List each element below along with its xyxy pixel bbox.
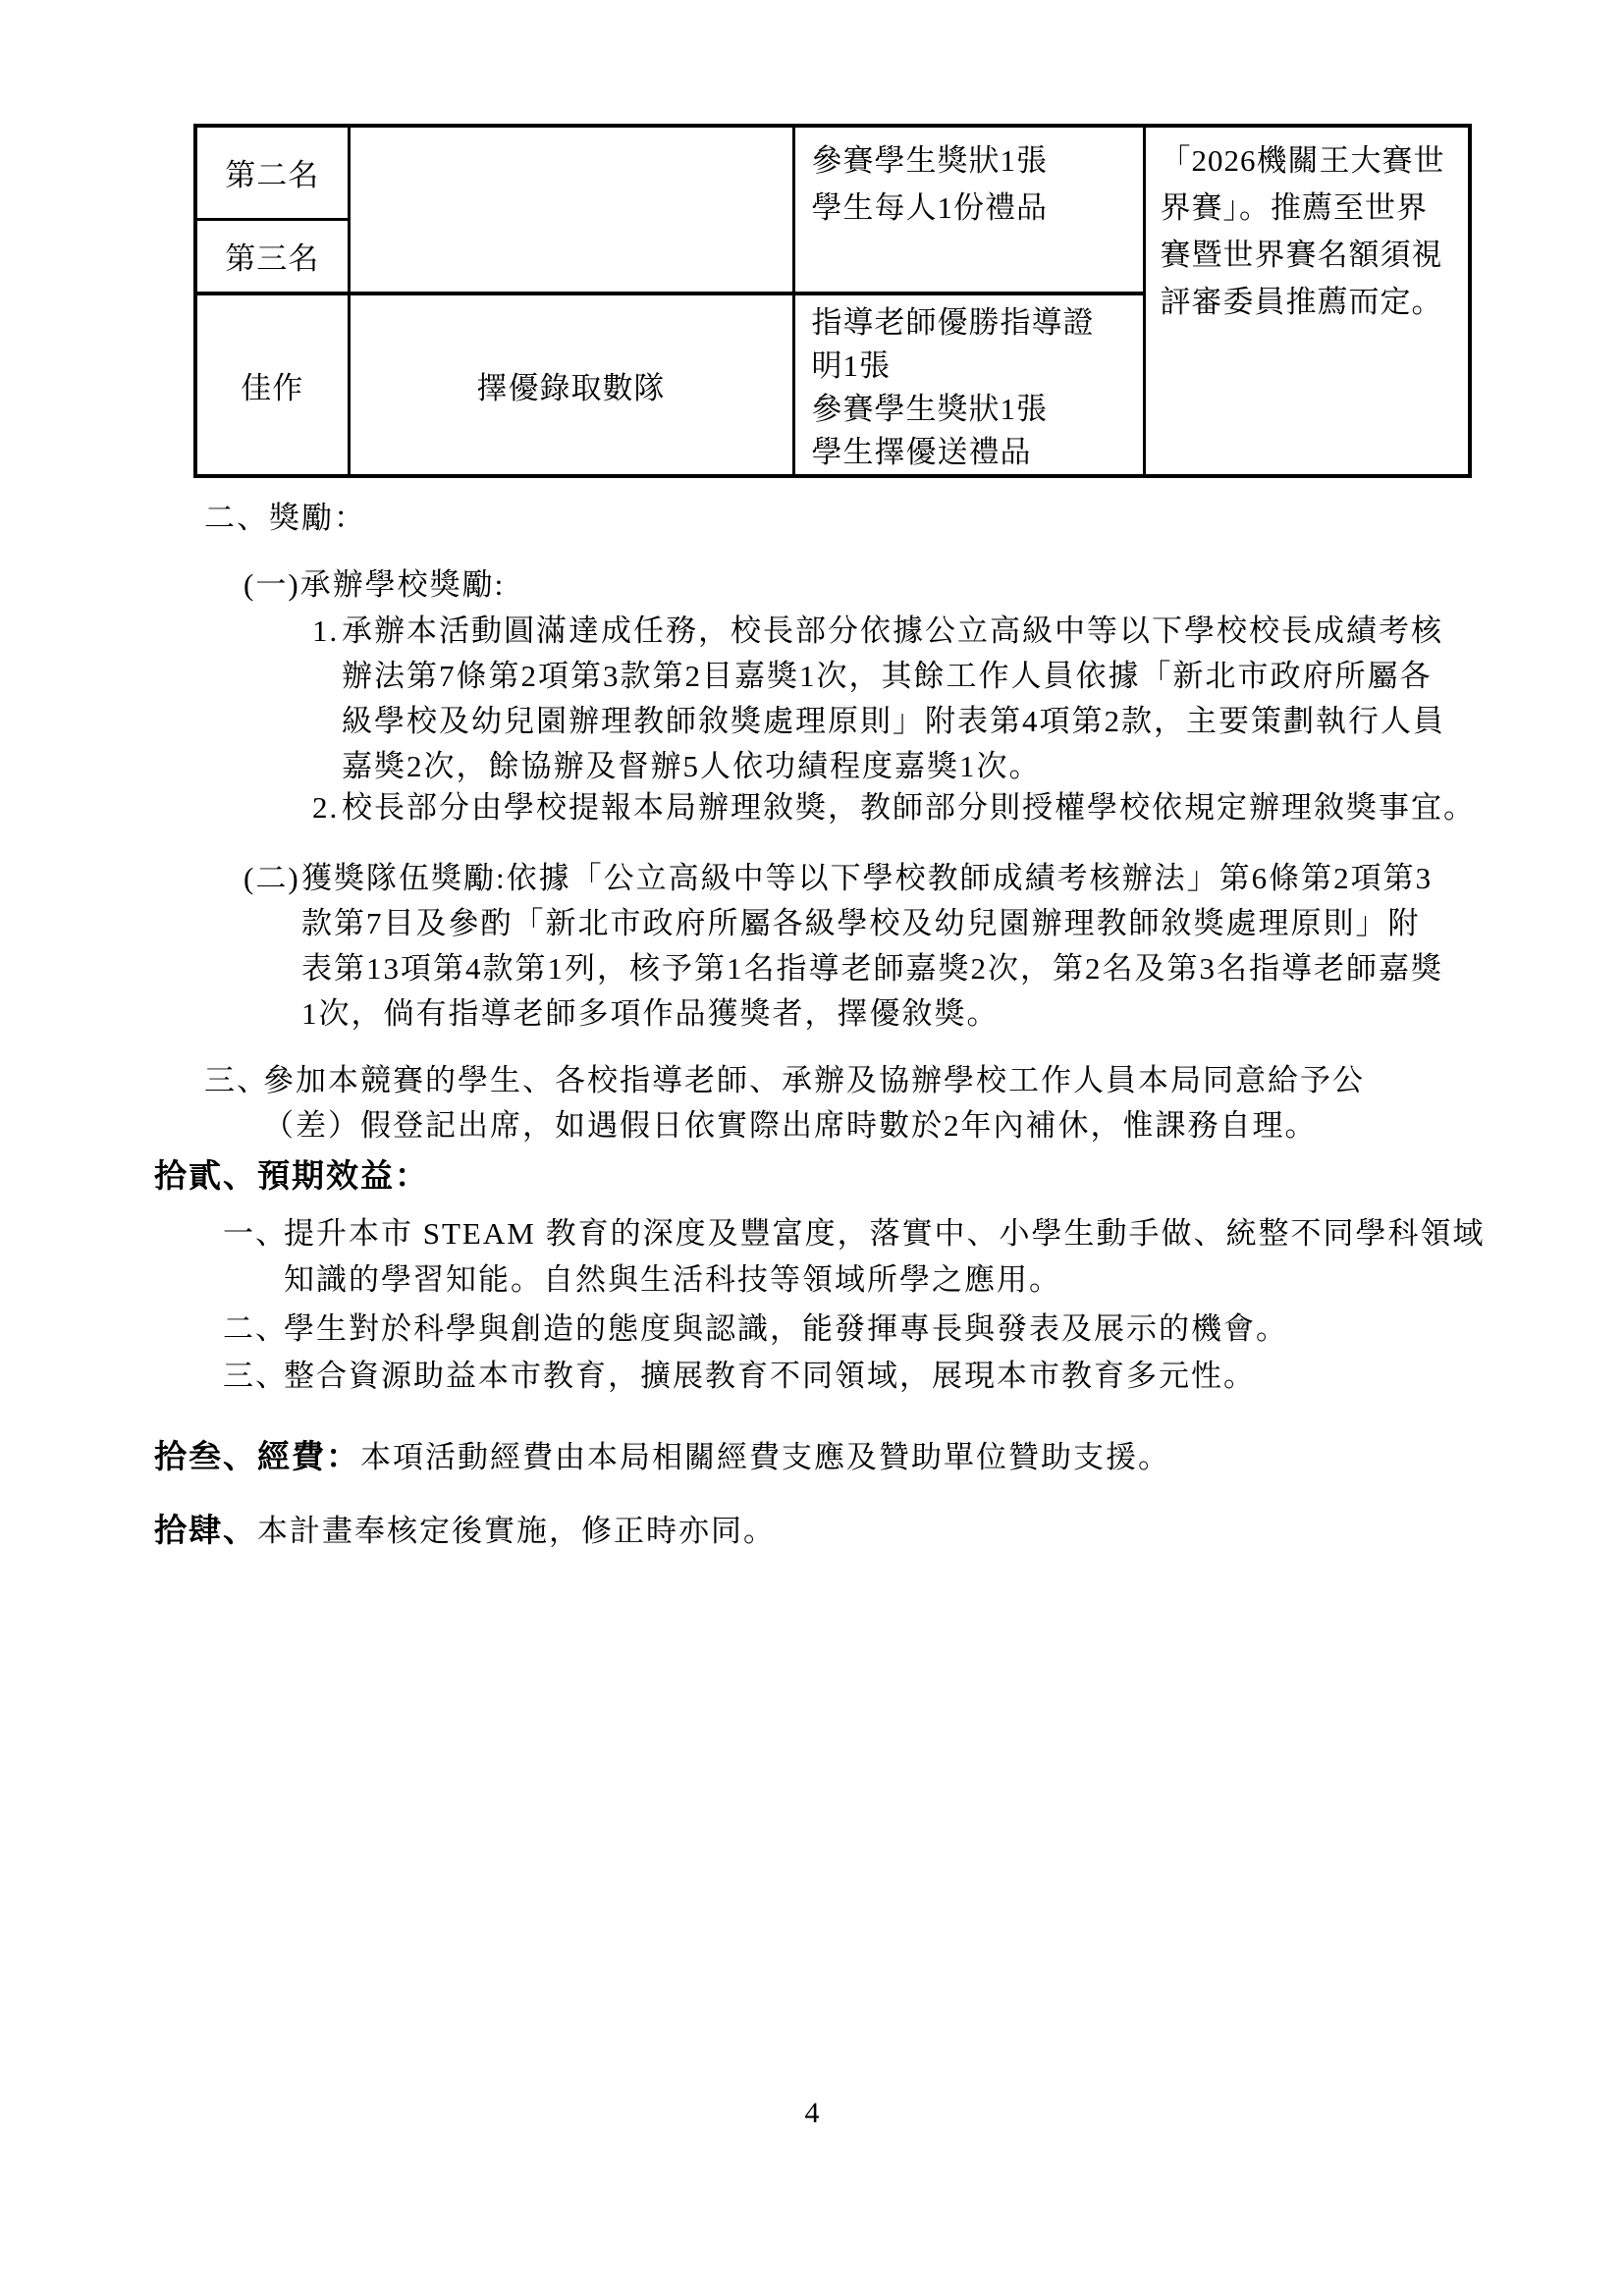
section-budget-label: 拾叁、 <box>154 1440 257 1475</box>
subsection-school-award-label: (一) <box>244 567 300 602</box>
section-expected-benefits-title: 預期效益： <box>257 1159 429 1195</box>
page-number: 4 <box>0 2097 1624 2130</box>
section-implementation: 拾肆、本計畫奉核定後實施，修正時亦同。 <box>154 1509 776 1554</box>
prize-cell-top: 參賽學生獎狀1張 學生每人1份禮品 <box>793 126 1144 294</box>
benefit-item-3-text: 整合資源助益本市教育，擴展教育不同領域，展現本市教育多元性。 <box>284 1353 1531 1399</box>
subsection-school-award-heading: (一)承辦學校獎勵: <box>244 562 505 608</box>
school-award-item-1-text: 承辦本活動圓滿達成任務，校長部分依據公立高級中等以下學校校長成績考核 辦法第7條… <box>342 609 1530 789</box>
section-implementation-label: 拾肆、 <box>154 1514 257 1549</box>
prize-cell-honorable: 指導老師優勝指導證 明1張 參賽學生獎狀1張 學生擇優送禮品 <box>793 294 1144 476</box>
section-expected-benefits-heading: 拾貳、預期效益： <box>154 1154 429 1200</box>
section-awards-label: 二、 <box>204 501 269 535</box>
rank-cell-third: 第三名 <box>195 219 349 294</box>
section-budget: 拾叁、經費：本項活動經費由本局相關經費支應及贊助單位贊助支援。 <box>154 1435 1170 1480</box>
benefit-item-2-text: 學生對於科學與創造的態度與認識，能發揮專長與發表及展示的機會。 <box>284 1306 1531 1352</box>
section-awards-heading: 二、獎勵： <box>204 496 366 541</box>
section-implementation-text: 本計畫奉核定後實施，修正時亦同。 <box>257 1514 776 1548</box>
benefit-item-1-text: 提升本市 STEAM 教育的深度及豐富度，落實中、小學生動手做、統整不同學科領域… <box>284 1210 1531 1303</box>
benefit-item-2-number: 二、 <box>223 1306 288 1352</box>
section-leave-label: 三、 <box>204 1058 269 1103</box>
benefit-item-3-number: 三、 <box>223 1353 288 1399</box>
section-expected-benefits-label: 拾貳、 <box>154 1159 257 1195</box>
school-award-item-1-number: 1. <box>312 609 339 654</box>
quota-cell-honorable: 擇優錄取數隊 <box>349 294 793 476</box>
document-page: 第二名 參賽學生獎狀1張 學生每人1份禮品 「2026機關王大賽世 界賽」。推薦… <box>0 0 1624 2296</box>
rank-cell-honorable: 佳作 <box>195 294 349 476</box>
subsection-team-award-label: (二) <box>244 856 300 901</box>
award-table: 第二名 參賽學生獎狀1張 學生每人1份禮品 「2026機關王大賽世 界賽」。推薦… <box>193 124 1472 478</box>
section-awards-title: 獎勵： <box>269 501 366 535</box>
subsection-team-award-text: 獲獎隊伍獎勵:依據「公立高級中等以下學校教師成績考核辦法」第6條第2項第3 款第… <box>301 856 1539 1037</box>
section-budget-title: 經費： <box>257 1440 360 1475</box>
section-budget-text: 本項活動經費由本局相關經費支應及贊助單位贊助支援。 <box>360 1440 1170 1474</box>
quota-cell-top <box>349 126 793 294</box>
school-award-item-2-text: 校長部分由學校提報本局辦理敘獎，教師部分則授權學校依規定辦理敘獎事宜。 <box>342 785 1549 830</box>
section-leave-text: 參加本競賽的學生、各校指導老師、承辦及協辦學校工作人員本局同意給予公 （差）假登… <box>263 1058 1481 1148</box>
benefit-item-1-number: 一、 <box>223 1210 288 1256</box>
subsection-school-award-title: 承辦學校獎勵: <box>300 567 506 602</box>
rank-cell-second: 第二名 <box>195 126 349 219</box>
world-contest-note-cell: 「2026機關王大賽世 界賽」。推薦至世界 賽暨世界賽名額須視 評審委員推薦而定… <box>1144 126 1470 476</box>
school-award-item-2-number: 2. <box>312 785 339 830</box>
